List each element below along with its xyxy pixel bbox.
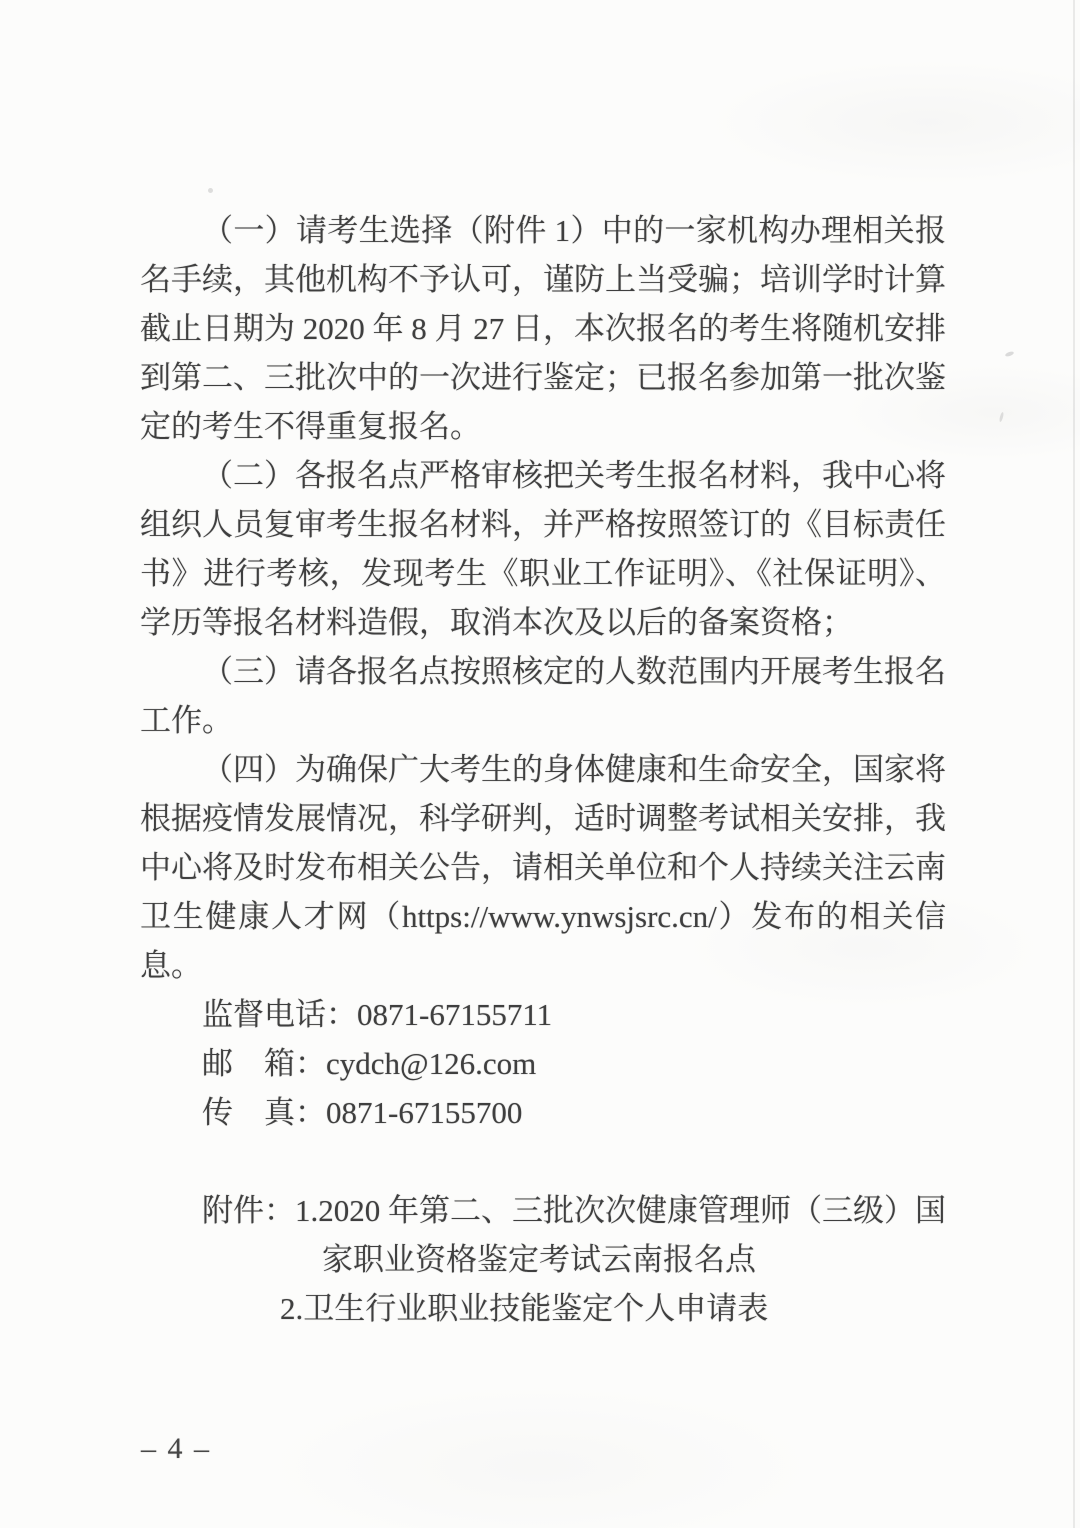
paragraph-item-2: （二）各报名点严格审核把关考生报名材料，我中心将组织人员复审考生报名材料，并严格… [140, 451, 946, 647]
scan-edge-artifact [1073, 0, 1075, 1528]
attachment-line-1: 附件：1.2020 年第二、三批次次健康管理师（三级）国 [140, 1186, 946, 1235]
scan-speck-artifact [999, 412, 1004, 422]
paragraph-item-1: （一）请考生选择（附件 1）中的一家机构办理相关报名手续，其他机构不予认可，谨防… [140, 206, 946, 451]
paragraph-item-4: （四）为确保广大考生的身体健康和生命安全，国家将根据疫情发展情况，科学研判，适时… [140, 745, 946, 990]
attachment-line-2: 家职业资格鉴定考试云南报名点 [140, 1235, 946, 1284]
attachment-line-3: 2.卫生行业职业技能鉴定个人申请表 [140, 1284, 946, 1333]
contact-block: 监督电话：0871-67155711 邮 箱：cydch@126.com 传 真… [140, 990, 946, 1137]
paragraph-item-3: （三）请各报名点按照核定的人数范围内开展考生报名工作。 [140, 647, 946, 745]
document-body: （一）请考生选择（附件 1）中的一家机构办理相关报名手续，其他机构不予认可，谨防… [140, 206, 946, 1333]
scan-speck-artifact [208, 188, 213, 193]
contact-line-phone: 监督电话：0871-67155711 [140, 990, 946, 1039]
scan-speck-artifact [1005, 351, 1015, 358]
scanned-document-page: （一）请考生选择（附件 1）中的一家机构办理相关报名手续，其他机构不予认可，谨防… [0, 0, 1080, 1528]
attachment-block: 附件：1.2020 年第二、三批次次健康管理师（三级）国 家职业资格鉴定考试云南… [140, 1186, 946, 1333]
page-number: – 4 – [141, 1432, 211, 1466]
contact-line-email: 邮 箱：cydch@126.com [140, 1039, 946, 1088]
contact-line-fax: 传 真：0871-67155700 [140, 1088, 946, 1137]
